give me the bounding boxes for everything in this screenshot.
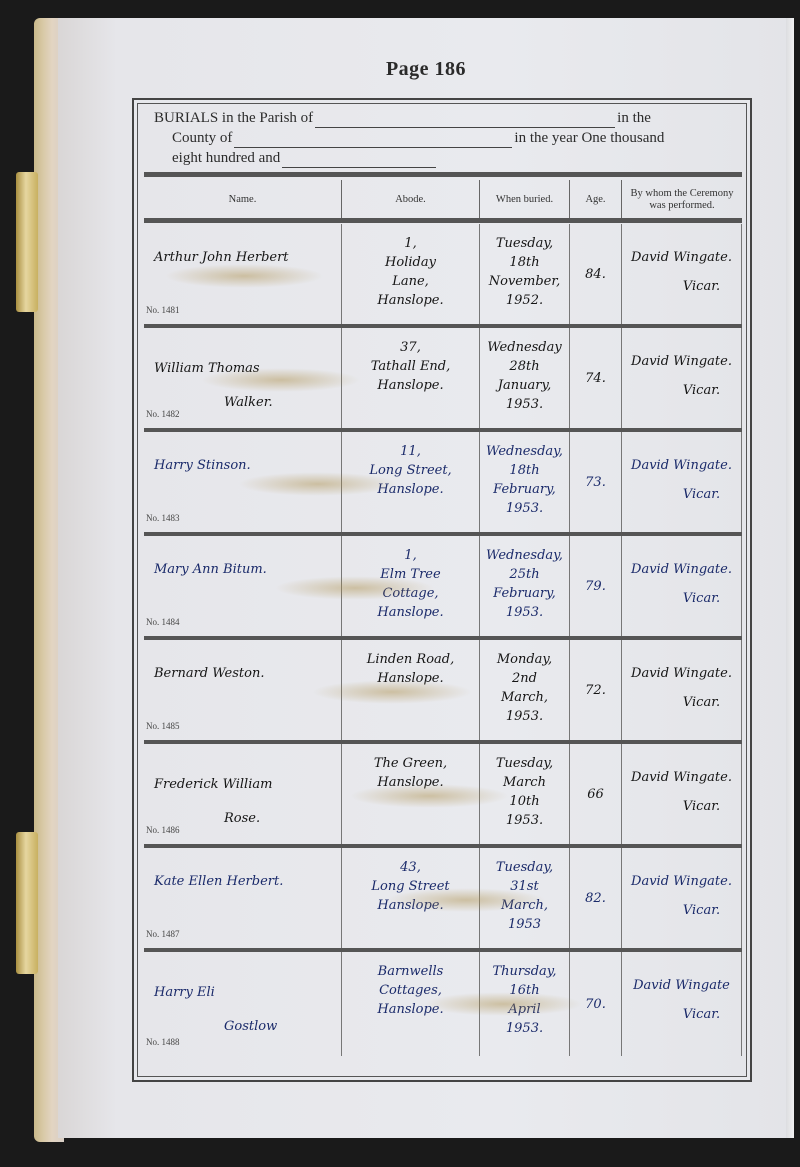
text-line: April (480, 1000, 569, 1019)
entry-name-cell: Arthur John Herbert No. 1481 (144, 224, 342, 324)
text-line: Tathall End, (342, 357, 479, 376)
text-line: Linden Road, (342, 650, 479, 669)
col-header-age: Age. (570, 180, 622, 220)
text-line: February, (480, 480, 569, 499)
entry-age-cell: 82. (570, 848, 622, 948)
text-line: March, (480, 896, 569, 915)
entry-abode-cell: 11,Long Street,Hanslope. (342, 432, 480, 532)
page-title: Page 186 (58, 58, 794, 81)
text-line: Vicar. (622, 787, 741, 816)
text-line: 1953. (480, 499, 569, 518)
entry-number: No. 1487 (146, 925, 180, 944)
entry-age-cell: 66 (570, 744, 622, 844)
text-line: Holiday (342, 253, 479, 272)
text-line: 43, (342, 858, 479, 877)
entry-abode: Linden Road,Hanslope. (342, 650, 479, 688)
entry-officiant: David Wingate.Vicar. (622, 338, 741, 400)
entry-age: 82. (585, 889, 606, 908)
text-line: Tuesday, (480, 234, 569, 253)
text-line: David Wingate. (622, 872, 741, 891)
entry-when-buried: Wednesday,25thFebruary,1953. (480, 546, 569, 622)
entry-when-buried-cell: Thursday,16thApril1953. (480, 952, 570, 1056)
burial-entry-row: Bernard Weston. No. 1485 Linden Road,Han… (144, 640, 742, 744)
text-line: William Thomas (154, 352, 341, 386)
entry-age-cell: 72. (570, 640, 622, 740)
entry-abode: 1,HolidayLane,Hanslope. (342, 234, 479, 310)
text-line: Barnwells (342, 962, 479, 981)
text-line: Vicar. (622, 267, 741, 296)
text-line: Vicar. (622, 371, 741, 400)
text-line: David Wingate (622, 976, 741, 995)
entry-name-cell: Harry EliGostlow No. 1488 (144, 952, 342, 1056)
text-line: Hanslope. (342, 376, 479, 395)
text-line: 1953 (480, 915, 569, 934)
entry-age: 70. (585, 995, 606, 1014)
text-line: 1953. (480, 1019, 569, 1038)
text-line: 1953. (480, 707, 569, 726)
text-line: Elm Tree (342, 565, 479, 584)
col-header-name: Name. (144, 180, 342, 220)
entry-number: No. 1484 (146, 613, 180, 632)
entry-when-buried: Thursday,16thApril1953. (480, 962, 569, 1038)
text-line: Arthur John Herbert (154, 248, 341, 267)
text-line: Rose. (154, 802, 341, 836)
text-line: Walker. (154, 386, 341, 420)
text-line: Bernard Weston. (154, 664, 341, 683)
text-line: Tuesday, (480, 754, 569, 773)
entry-abode: 37,Tathall End,Hanslope. (342, 338, 479, 395)
entry-officiant-cell: David Wingate.Vicar. (622, 224, 742, 324)
heading-parish-label: BURIALS in the Parish of (154, 108, 313, 128)
text-line: Long Street, (342, 461, 479, 480)
burial-entry-row: Kate Ellen Herbert. No. 1487 43,Long Str… (144, 848, 742, 952)
text-line: David Wingate. (622, 456, 741, 475)
entry-abode-cell: 1,HolidayLane,Hanslope. (342, 224, 480, 324)
entry-abode-cell: 1,Elm TreeCottage,Hanslope. (342, 536, 480, 636)
entry-when-buried-cell: Wednesday28thJanuary,1953. (480, 328, 570, 428)
entry-age-cell: 79. (570, 536, 622, 636)
text-line: Cottage, (342, 584, 479, 603)
entry-when-buried: Tuesday,March10th1953. (480, 754, 569, 830)
text-line: 16th (480, 981, 569, 1000)
burial-entry-row: Harry Stinson. No. 1483 11,Long Street,H… (144, 432, 742, 536)
text-line: Gostlow (154, 1010, 341, 1044)
text-line: February, (480, 584, 569, 603)
text-line: Frederick William (154, 768, 341, 802)
text-line: Vicar. (622, 475, 741, 504)
text-line: 10th (480, 792, 569, 811)
entry-age-cell: 70. (570, 952, 622, 1056)
burial-register-table: BURIALS in the Parish of in the County o… (132, 98, 752, 1082)
entry-abode: 1,Elm TreeCottage,Hanslope. (342, 546, 479, 622)
entry-number: No. 1485 (146, 717, 180, 736)
header-rule (144, 218, 742, 223)
entry-age: 74. (585, 369, 606, 388)
burial-entry-row: Arthur John Herbert No. 1481 1,HolidayLa… (144, 224, 742, 328)
entry-officiant-cell: David Wingate.Vicar. (622, 744, 742, 844)
text-line: March, (480, 688, 569, 707)
text-line: David Wingate. (622, 248, 741, 267)
text-line: Monday, (480, 650, 569, 669)
entry-when-buried-cell: Wednesday,25thFebruary,1953. (480, 536, 570, 636)
entry-name-cell: Kate Ellen Herbert. No. 1487 (144, 848, 342, 948)
column-headers: Name. Abode. When buried. Age. By whom t… (144, 180, 742, 220)
text-line: Hanslope. (342, 603, 479, 622)
entry-when-buried: Wednesday28thJanuary,1953. (480, 338, 569, 414)
text-line: November, (480, 272, 569, 291)
burial-entry-row: Harry EliGostlow No. 1488 BarnwellsCotta… (144, 952, 742, 1056)
entry-officiant-cell: David Wingate.Vicar. (622, 536, 742, 636)
entry-when-buried: Tuesday,31stMarch,1953 (480, 858, 569, 934)
text-line: Tuesday, (480, 858, 569, 877)
burial-entries: Arthur John Herbert No. 1481 1,HolidayLa… (144, 224, 742, 1056)
heading-century-label: eight hundred and (172, 148, 280, 168)
text-line: David Wingate. (622, 352, 741, 371)
repair-tape-top (16, 172, 38, 312)
register-page: Page 186 BURIALS in the Parish of in the… (58, 18, 794, 1138)
entry-name: Harry EliGostlow (154, 962, 341, 1044)
text-line: 18th (480, 253, 569, 272)
text-line: Harry Eli (154, 976, 341, 1010)
entry-number: No. 1488 (146, 1033, 180, 1052)
text-line: The Green, (342, 754, 479, 773)
entry-name-cell: Harry Stinson. No. 1483 (144, 432, 342, 532)
entry-name: Frederick WilliamRose. (154, 754, 341, 836)
entry-name: Kate Ellen Herbert. (154, 858, 341, 891)
entry-officiant: David WingateVicar. (622, 962, 741, 1024)
entry-number: No. 1483 (146, 509, 180, 528)
text-line: Wednesday, (480, 442, 569, 461)
entry-age: 66 (587, 785, 604, 804)
text-line: Vicar. (622, 683, 741, 712)
entry-officiant-cell: David Wingate.Vicar. (622, 328, 742, 428)
text-line: 28th (480, 357, 569, 376)
text-line: Hanslope. (342, 896, 479, 915)
text-line: Hanslope. (342, 773, 479, 792)
entry-age-cell: 74. (570, 328, 622, 428)
text-line: 1953. (480, 811, 569, 830)
text-line: 1952. (480, 291, 569, 310)
entry-name: Bernard Weston. (154, 650, 341, 683)
text-line: David Wingate. (622, 768, 741, 787)
text-line: Hanslope. (342, 1000, 479, 1019)
entry-name-cell: Bernard Weston. No. 1485 (144, 640, 342, 740)
text-line: Hanslope. (342, 669, 479, 688)
county-blank (234, 133, 512, 148)
entry-officiant: David Wingate.Vicar. (622, 234, 741, 296)
text-line: 18th (480, 461, 569, 480)
entry-age: 79. (585, 577, 606, 596)
entry-age: 72. (585, 681, 606, 700)
entry-officiant: David Wingate.Vicar. (622, 546, 741, 608)
entry-when-buried-cell: Tuesday,18thNovember,1952. (480, 224, 570, 324)
text-line: March (480, 773, 569, 792)
entry-when-buried-cell: Tuesday,March10th1953. (480, 744, 570, 844)
text-line: David Wingate. (622, 560, 741, 579)
heading-county-label: County of (172, 128, 232, 148)
text-line: Vicar. (622, 891, 741, 920)
burial-entry-row: Frederick WilliamRose. No. 1486 The Gree… (144, 744, 742, 848)
text-line: Kate Ellen Herbert. (154, 872, 341, 891)
entry-when-buried-cell: Wednesday,18thFebruary,1953. (480, 432, 570, 532)
repair-tape-bottom (16, 832, 38, 974)
text-line: Wednesday (480, 338, 569, 357)
entry-when-buried-cell: Tuesday,31stMarch,1953 (480, 848, 570, 948)
text-line: 31st (480, 877, 569, 896)
entry-age-cell: 73. (570, 432, 622, 532)
entry-abode-cell: BarnwellsCottages,Hanslope. (342, 952, 480, 1056)
text-line: January, (480, 376, 569, 395)
entry-officiant: David Wingate.Vicar. (622, 858, 741, 920)
entry-age-cell: 84. (570, 224, 622, 324)
entry-when-buried-cell: Monday,2ndMarch,1953. (480, 640, 570, 740)
entry-abode-cell: The Green,Hanslope. (342, 744, 480, 844)
entry-name: Arthur John Herbert (154, 234, 341, 267)
entry-name-cell: William ThomasWalker. No. 1482 (144, 328, 342, 428)
entry-name-cell: Mary Ann Bitum. No. 1484 (144, 536, 342, 636)
year-blank (282, 153, 436, 168)
text-line: 2nd (480, 669, 569, 688)
text-line: Cottages, (342, 981, 479, 1000)
entry-number: No. 1482 (146, 405, 180, 424)
text-line: 1, (342, 546, 479, 565)
text-line: 11, (342, 442, 479, 461)
burial-entry-row: William ThomasWalker. No. 1482 37,Tathal… (144, 328, 742, 432)
entry-abode-cell: Linden Road,Hanslope. (342, 640, 480, 740)
entry-when-buried: Wednesday,18thFebruary,1953. (480, 442, 569, 518)
heading-year-label: in the year One thousand (514, 128, 664, 148)
text-line: David Wingate. (622, 664, 741, 683)
entry-age: 73. (585, 473, 606, 492)
text-line: Mary Ann Bitum. (154, 560, 341, 579)
entry-name: Harry Stinson. (154, 442, 341, 475)
entry-name-cell: Frederick WilliamRose. No. 1486 (144, 744, 342, 844)
col-header-when-buried: When buried. (480, 180, 570, 220)
text-line: Hanslope. (342, 480, 479, 499)
text-line: Hanslope. (342, 291, 479, 310)
text-line: 25th (480, 565, 569, 584)
entry-officiant-cell: David WingateVicar. (622, 952, 742, 1056)
entry-officiant-cell: David Wingate.Vicar. (622, 432, 742, 532)
entry-officiant-cell: David Wingate.Vicar. (622, 640, 742, 740)
heading-rule (144, 172, 742, 177)
entry-when-buried: Tuesday,18thNovember,1952. (480, 234, 569, 310)
page-edge (786, 18, 794, 1138)
entry-officiant-cell: David Wingate.Vicar. (622, 848, 742, 948)
entry-abode: BarnwellsCottages,Hanslope. (342, 962, 479, 1019)
col-header-officiant: By whom the Ceremony was performed. (622, 180, 742, 220)
text-line: Lane, (342, 272, 479, 291)
entry-when-buried: Monday,2ndMarch,1953. (480, 650, 569, 726)
entry-age: 84. (585, 265, 606, 284)
col-header-abode: Abode. (342, 180, 480, 220)
entry-number: No. 1486 (146, 821, 180, 840)
entry-abode: The Green,Hanslope. (342, 754, 479, 792)
entry-abode: 11,Long Street,Hanslope. (342, 442, 479, 499)
text-line: Vicar. (622, 995, 741, 1024)
text-line: Long Street (342, 877, 479, 896)
text-line: Vicar. (622, 579, 741, 608)
text-line: 1953. (480, 603, 569, 622)
entry-name: Mary Ann Bitum. (154, 546, 341, 579)
entry-officiant: David Wingate.Vicar. (622, 442, 741, 504)
text-line: Wednesday, (480, 546, 569, 565)
entry-abode-cell: 43,Long StreetHanslope. (342, 848, 480, 948)
text-line: Thursday, (480, 962, 569, 981)
text-line: 1, (342, 234, 479, 253)
entry-number: No. 1481 (146, 301, 180, 320)
entry-officiant: David Wingate.Vicar. (622, 650, 741, 712)
heading-parish-suffix: in the (617, 108, 651, 128)
parish-blank (315, 113, 615, 128)
entry-abode-cell: 37,Tathall End,Hanslope. (342, 328, 480, 428)
entry-officiant: David Wingate.Vicar. (622, 754, 741, 816)
text-line: 1953. (480, 395, 569, 414)
text-line: Harry Stinson. (154, 456, 341, 475)
entry-abode: 43,Long StreetHanslope. (342, 858, 479, 915)
register-heading: BURIALS in the Parish of in the County o… (154, 108, 740, 168)
burial-entry-row: Mary Ann Bitum. No. 1484 1,Elm TreeCotta… (144, 536, 742, 640)
text-line: 37, (342, 338, 479, 357)
entry-name: William ThomasWalker. (154, 338, 341, 420)
